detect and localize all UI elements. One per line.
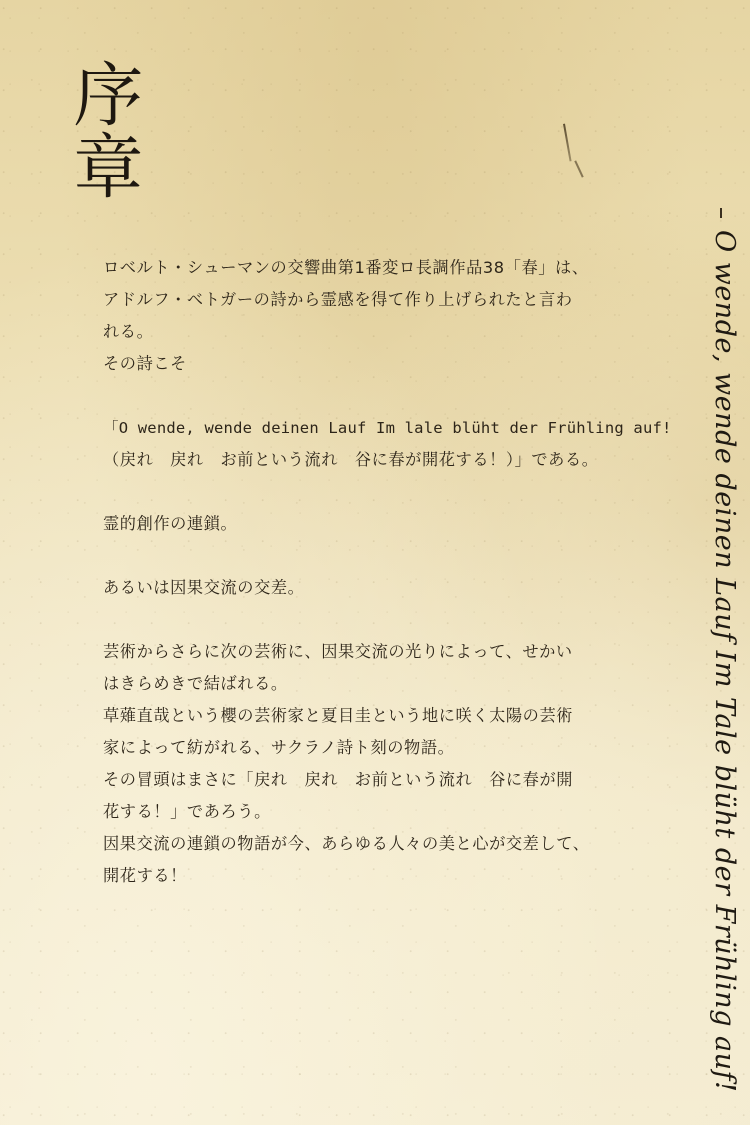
ink-mark (563, 124, 572, 162)
margin-script-text: O wende, wende deinen Lauf Im Tale blüht… (704, 230, 744, 1092)
dash-mark (720, 208, 722, 218)
text-line: 家によって紡がれる、サクラノ詩ト刻の物語。 (103, 732, 663, 764)
text-line: 花する！」であろう。 (103, 796, 663, 828)
blank-line (103, 604, 663, 636)
text-line: その詩こそ (103, 348, 663, 380)
text-line: あるいは因果交流の交差。 (103, 572, 663, 604)
text-line: 芸術からさらに次の芸術に、因果交流の光りによって、せかい (103, 636, 663, 668)
ink-mark (574, 160, 583, 177)
text-line: その冒頭はまさに「戻れ 戻れ お前という流れ 谷に春が開 (103, 764, 663, 796)
text-line: 因果交流の連鎖の物語が今、あらゆる人々の美と心が交差して、 (103, 828, 663, 860)
blank-line (103, 540, 663, 572)
text-line: れる。 (103, 316, 663, 348)
chapter-title: 序章 (65, 58, 145, 202)
quote-line-japanese: （戻れ 戻れ お前という流れ 谷に春が開花する！）」である。 (103, 444, 663, 476)
text-line: はきらめきで結ばれる。 (103, 668, 663, 700)
text-line: ロベルト・シューマンの交響曲第1番変ロ長調作品38「春」は、 (103, 252, 663, 284)
margin-script-column: O wende, wende deinen Lauf Im Tale blüht… (704, 200, 744, 1090)
text-line: アドルフ・ベトガーの詩から霊感を得て作り上げられたと言わ (103, 284, 663, 316)
text-line: 草薙直哉という櫻の芸術家と夏目圭という地に咲く太陽の芸術 (103, 700, 663, 732)
blank-line (103, 476, 663, 508)
blank-line (103, 380, 663, 412)
text-line: 霊的創作の連鎖。 (103, 508, 663, 540)
body-text: ロベルト・シューマンの交響曲第1番変ロ長調作品38「春」は、 アドルフ・ベトガー… (103, 252, 663, 892)
text-line: 開花する！ (103, 860, 663, 892)
quote-line-german: 「O wende, wende deinen Lauf Im lale blüh… (103, 412, 663, 444)
